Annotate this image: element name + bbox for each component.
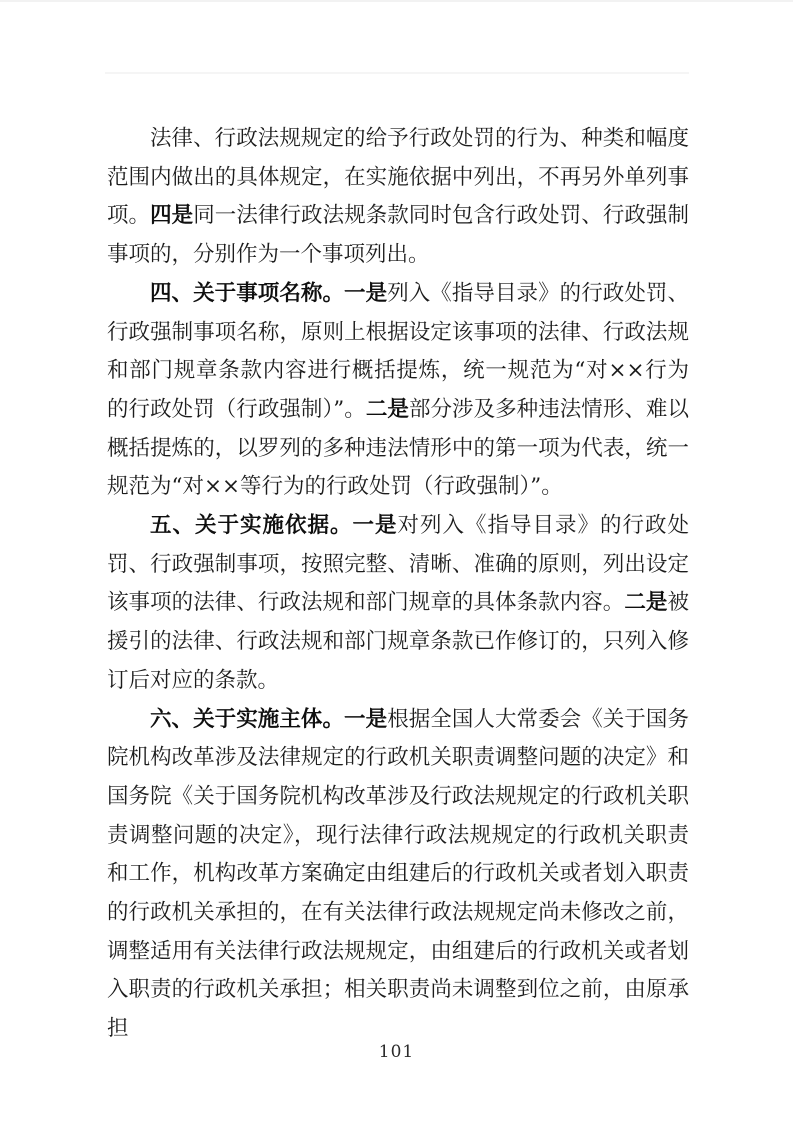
bold-text-run: 五、关于实施依据。一是 bbox=[150, 513, 398, 538]
bold-text-run: 四、关于事项名称。一是 bbox=[150, 281, 387, 306]
text-run: 同一法律行政法规条款同时包含行政处罚、行政强制事项的，分别作为一个事项列出。 bbox=[107, 203, 689, 267]
paragraph: 五、关于实施依据。一是对列入《指导目录》的行政处罚、行政强制事项，按照完整、清晰… bbox=[107, 507, 689, 701]
bold-text-run: 二是 bbox=[366, 397, 409, 422]
document-body: 法律、行政法规规定的给予行政处罚的行为、种类和幅度范围内做出的具体规定，在实施依… bbox=[107, 120, 689, 1049]
header-rule bbox=[105, 72, 689, 74]
bold-text-run: 四是 bbox=[150, 203, 193, 228]
document-page: 法律、行政法规规定的给予行政处罚的行为、种类和幅度范围内做出的具体规定，在实施依… bbox=[0, 0, 793, 1122]
text-run: 根据全国人大常委会《关于国务院机构改革涉及法律规定的行政机关职责调整问题的决定》… bbox=[107, 707, 689, 1042]
paragraph: 四、关于事项名称。一是列入《指导目录》的行政处罚、行政强制事项名称，原则上根据设… bbox=[107, 275, 689, 507]
paragraph: 法律、行政法规规定的给予行政处罚的行为、种类和幅度范围内做出的具体规定，在实施依… bbox=[107, 120, 689, 275]
bold-text-run: 六、关于实施主体。一是 bbox=[150, 707, 387, 732]
paragraph: 六、关于实施主体。一是根据全国人大常委会《关于国务院机构改革涉及法律规定的行政机… bbox=[107, 701, 689, 1049]
bold-text-run: 二是 bbox=[624, 590, 667, 615]
page-number: 101 bbox=[0, 1041, 793, 1063]
